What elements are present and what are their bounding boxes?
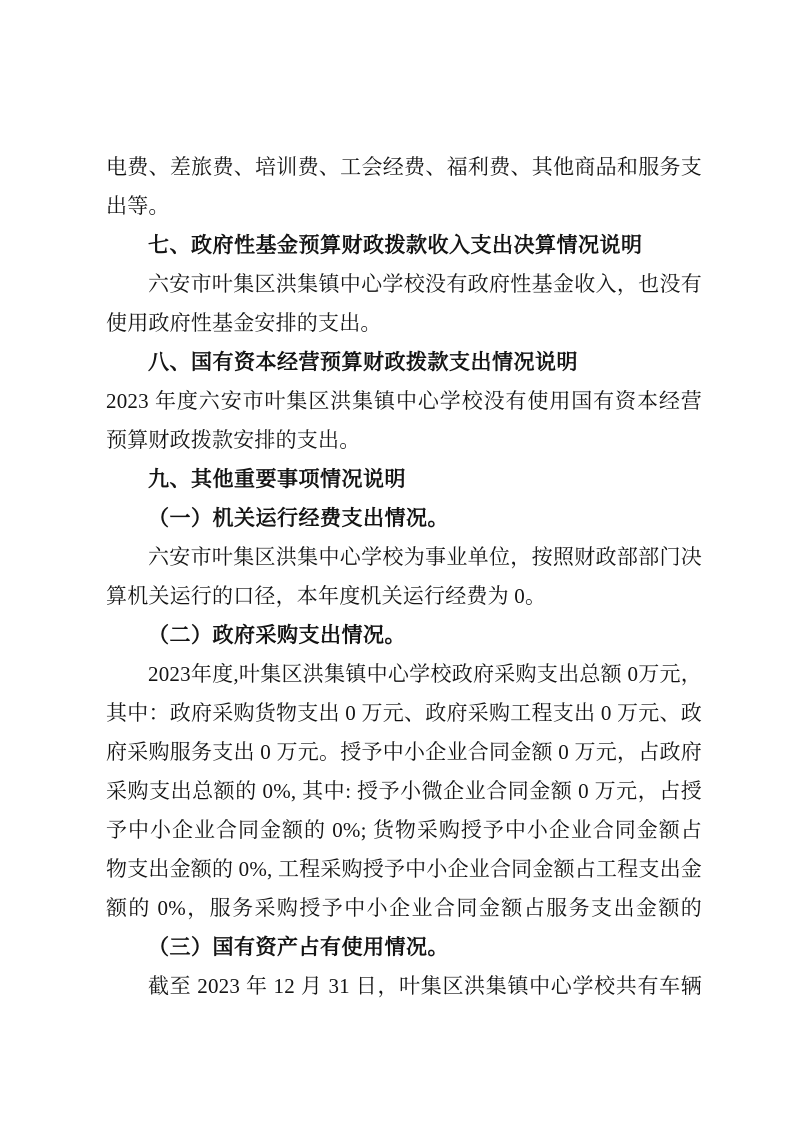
- text-line: 使用政府性基金安排的支出。: [106, 304, 702, 343]
- section-heading: 七、政府性基金预算财政拨款收入支出决算情况说明: [106, 226, 702, 265]
- text-line: 六安市叶集区洪集中心学校为事业单位，按照财政部部门决: [106, 538, 702, 577]
- paragraph: 六安市叶集区洪集中心学校为事业单位，按照财政部部门决算机关运行的口径，本年度机关…: [106, 538, 702, 616]
- text-line: 八、国有资本经营预算财政拨款支出情况说明: [106, 343, 702, 382]
- section-heading: （一）机关运行经费支出情况。: [106, 499, 702, 538]
- paragraph: 六安市叶集区洪集镇中心学校没有政府性基金收入，也没有使用政府性基金安排的支出。: [106, 265, 702, 343]
- text-line: 2023年度,叶集区洪集镇中心学校政府采购支出总额 0万元，: [106, 655, 702, 694]
- text-line: 电费、差旅费、培训费、工会经费、福利费、其他商品和服务支: [106, 148, 702, 187]
- text-line: （三）国有资产占有使用情况。: [106, 928, 702, 967]
- paragraph: 2023 年度六安市叶集区洪集镇中心学校没有使用国有资本经营预算财政拨款安排的支…: [106, 382, 702, 460]
- text-line: 出等。: [106, 187, 702, 226]
- section-heading: 八、国有资本经营预算财政拨款支出情况说明: [106, 343, 702, 382]
- document-body: 电费、差旅费、培训费、工会经费、福利费、其他商品和服务支出等。七、政府性基金预算…: [106, 148, 702, 1006]
- text-line: 采购支出总额的 0%, 其中: 授予小微企业合同金额 0 万元，占授: [106, 772, 702, 811]
- text-line: 物支出金额的 0%, 工程采购授予中小企业合同金额占工程支出金: [106, 850, 702, 889]
- text-line: 算机关运行的口径，本年度机关运行经费为 0。: [106, 577, 702, 616]
- text-line: 其中：政府采购货物支出 0 万元、政府采购工程支出 0 万元、政: [106, 694, 702, 733]
- section-heading: 九、其他重要事项情况说明: [106, 460, 702, 499]
- text-line: 六安市叶集区洪集镇中心学校没有政府性基金收入，也没有: [106, 265, 702, 304]
- text-line: 九、其他重要事项情况说明: [106, 460, 702, 499]
- text-line: （一）机关运行经费支出情况。: [106, 499, 702, 538]
- text-line: 预算财政拨款安排的支出。: [106, 421, 702, 460]
- text-line: 七、政府性基金预算财政拨款收入支出决算情况说明: [106, 226, 702, 265]
- section-heading: （三）国有资产占有使用情况。: [106, 928, 702, 967]
- section-heading: （二）政府采购支出情况。: [106, 616, 702, 655]
- text-line: 府采购服务支出 0 万元。授予中小企业合同金额 0 万元，占政府: [106, 733, 702, 772]
- text-line: 截至 2023 年 12 月 31 日，叶集区洪集镇中心学校共有车辆 0: [106, 967, 702, 1006]
- text-line: 予中小企业合同金额的 0%; 货物采购授予中小企业合同金额占货: [106, 811, 702, 850]
- text-line: 2023 年度六安市叶集区洪集镇中心学校没有使用国有资本经营: [106, 382, 702, 421]
- paragraph: 2023年度,叶集区洪集镇中心学校政府采购支出总额 0万元，其中：政府采购货物支…: [106, 655, 702, 928]
- paragraph: 电费、差旅费、培训费、工会经费、福利费、其他商品和服务支出等。: [106, 148, 702, 226]
- text-line: （二）政府采购支出情况。: [106, 616, 702, 655]
- paragraph: 截至 2023 年 12 月 31 日，叶集区洪集镇中心学校共有车辆 0: [106, 967, 702, 1006]
- text-line: 额的 0%，服务采购授予中小企业合同金额占服务支出金额的 0%。: [106, 889, 702, 928]
- document-page: 电费、差旅费、培训费、工会经费、福利费、其他商品和服务支出等。七、政府性基金预算…: [0, 0, 793, 1122]
